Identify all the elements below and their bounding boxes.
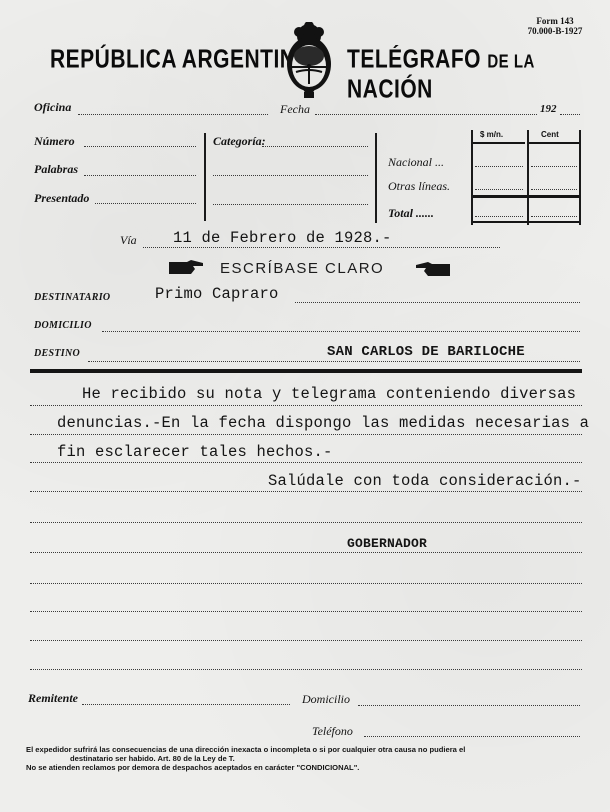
palabras-label: Palabras [34, 162, 78, 177]
tariff-otras-cent[interactable] [531, 189, 577, 190]
tariff-nacional-label: Nacional ... [388, 155, 444, 170]
destinatario-label: DESTINATARIO [34, 292, 110, 303]
header-right-title: TELÉGRAFO DE LA NACIÓN [347, 45, 610, 105]
signature[interactable]: GOBERNADOR [347, 536, 427, 551]
numero-field[interactable] [84, 146, 196, 147]
categoria-label: Categoría: [213, 134, 266, 149]
pointing-hand-left-icon [416, 262, 450, 281]
tariff-nacional-pesos[interactable] [475, 166, 523, 167]
tariff-border-left [471, 130, 473, 225]
destinatario-value[interactable]: Primo Capraro [155, 285, 279, 303]
footer-notice-2: No se atienden reclamos por demora de de… [26, 763, 586, 772]
via-field-line [143, 247, 500, 248]
tariff-col-cent: Cent [541, 130, 559, 139]
tariff-total-label: Total ...... [388, 206, 434, 221]
year-prefix: 192 [540, 103, 557, 115]
domicilio-label: DOMICILIO [34, 320, 92, 331]
oficina-label: Oficina [34, 100, 71, 115]
via-value[interactable]: 11 de Febrero de 1928.- [173, 229, 392, 247]
header-right-title-end: NACIÓN [347, 75, 433, 104]
message-text-3[interactable]: fin esclarecer tales hechos.- [57, 443, 333, 461]
tariff-border-right [579, 130, 581, 225]
tariff-total-pesos[interactable] [475, 216, 523, 217]
telefono-label: Teléfono [312, 724, 353, 739]
footer-notice-1b: destinatario ser habido. Art. 80 de la L… [26, 754, 586, 763]
presentado-field[interactable] [95, 203, 196, 204]
message-line-6 [30, 552, 582, 553]
tariff-otras-label: Otras líneas. [388, 179, 450, 194]
pointing-hand-right-icon [169, 260, 203, 279]
presentado-label: Presentado [34, 191, 89, 206]
telegram-form: Form 143 70.000-B-1927 REPÚBLICA ARGENTI… [0, 0, 610, 812]
remitente-field[interactable] [82, 704, 290, 705]
message-line-3 [30, 462, 582, 463]
message-line-7 [30, 583, 582, 584]
destino-line [88, 361, 580, 362]
remitente-label: Remitente [28, 691, 78, 706]
header-right-title-main: TELÉGRAFO [347, 45, 481, 74]
tariff-header-rule [473, 142, 525, 144]
footer-notice: El expedidor sufrirá las consecuencias d… [26, 745, 586, 772]
print-run: 70.000-B-1927 [505, 26, 605, 36]
categoria-field[interactable] [262, 146, 368, 147]
domicilio-field[interactable] [102, 331, 580, 332]
message-line-4 [30, 491, 582, 492]
tariff-subtotal-rule [473, 195, 579, 198]
oficina-field[interactable] [78, 114, 268, 115]
categoria-field-3[interactable] [213, 204, 368, 205]
categoria-field-2[interactable] [213, 175, 368, 176]
form-number-block: Form 143 70.000-B-1927 [505, 16, 605, 36]
message-line-9 [30, 640, 582, 641]
message-text-2[interactable]: denuncias.-En la fecha dispongo las medi… [57, 414, 589, 432]
destino-label: DESTINO [34, 348, 80, 359]
destinatario-line [295, 302, 580, 303]
tariff-nacional-cent[interactable] [531, 166, 577, 167]
sender-domicilio-label: Domicilio [302, 692, 350, 707]
tariff-col-pesos: $ m/n. [480, 130, 503, 139]
year-field[interactable] [560, 114, 580, 115]
header-left-title: REPÚBLICA ARGENTINA [50, 45, 311, 75]
tariff-bottom-rule [473, 221, 579, 223]
message-line-1 [30, 405, 582, 406]
message-line-5 [30, 522, 582, 523]
tariff-border-mid [527, 130, 529, 225]
message-text-4[interactable]: Salúdale con toda consideración.- [268, 472, 582, 490]
divider-right [375, 133, 377, 223]
footer-notice-1a: El expedidor sufrirá las consecuencias d… [26, 745, 586, 754]
numero-label: Número [34, 134, 75, 149]
tariff-total-cent[interactable] [531, 216, 577, 217]
message-line-10 [30, 669, 582, 670]
telefono-field[interactable] [364, 736, 580, 737]
header-right-title-small: DE LA [487, 51, 535, 72]
fecha-label: Fecha [280, 102, 310, 117]
write-clearly-instruction: ESCRÍBASE CLARO [220, 260, 384, 277]
argentine-coat-of-arms-icon [282, 22, 336, 102]
fecha-field[interactable] [315, 114, 537, 115]
tariff-otras-pesos[interactable] [475, 189, 523, 190]
message-line-2 [30, 434, 582, 435]
palabras-field[interactable] [84, 175, 196, 176]
sender-domicilio-field[interactable] [358, 705, 580, 706]
divider-left [204, 133, 206, 221]
via-label: Vía [120, 233, 137, 248]
message-text-1[interactable]: He recibido su nota y telegrama contenie… [82, 385, 576, 403]
tariff-header-rule-2 [529, 142, 579, 144]
destino-value[interactable]: SAN CARLOS DE BARILOCHE [327, 344, 525, 360]
message-line-8 [30, 611, 582, 612]
addressee-rule-thick [30, 369, 582, 373]
form-number: Form 143 [505, 16, 605, 26]
